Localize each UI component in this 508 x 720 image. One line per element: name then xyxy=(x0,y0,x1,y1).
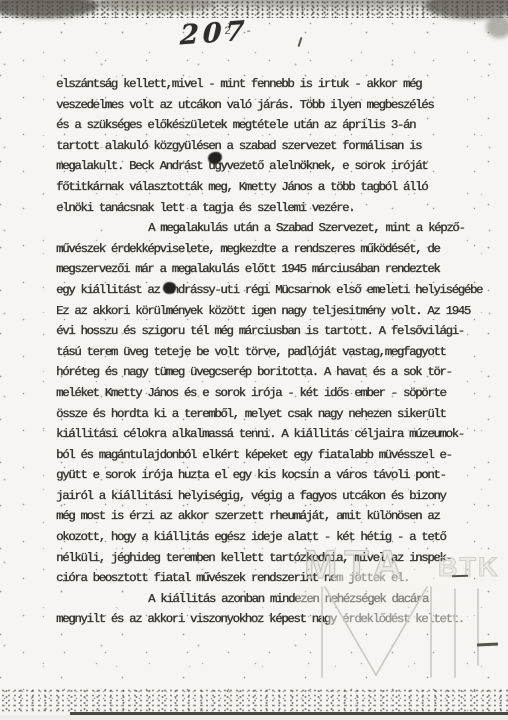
text-line: okozott, hogy a kiállitás egész ideje al… xyxy=(56,527,476,548)
text-line: hóréteg és nagy tümeg üvegcserép boritot… xyxy=(56,362,476,383)
text-line: gyütt e sorok irója huzta el egy kis koc… xyxy=(56,465,476,486)
scan-smudge xyxy=(425,0,508,19)
text-line: nélküli, jéghideg teremben kellett tartó… xyxy=(56,548,476,569)
text-line: cióra beosztott fiatal művészek rendszer… xyxy=(56,568,476,589)
text-line: elnöki tanácsnak lett a tagja és szellem… xyxy=(56,198,476,219)
scan-smudge xyxy=(215,0,445,8)
typewritten-text: elszántság kellett,mivel - mint fennebb … xyxy=(56,74,476,630)
scan-noise-top-band xyxy=(0,0,508,18)
text-line-paragraph-start: A kiállitás azonban mindezen nehézségek … xyxy=(56,589,476,610)
pen-mark xyxy=(298,37,303,47)
handwritten-page-number: 207 xyxy=(180,16,249,52)
pen-dash xyxy=(477,642,498,646)
scan-edge-margin xyxy=(0,715,508,720)
text-line: elszántság kellett,mivel - mint fennebb … xyxy=(56,74,476,95)
text-line: és a szükséges előkészületek megtétele u… xyxy=(56,115,476,136)
text-line: megszervezői már a megalakulás előtt 194… xyxy=(56,259,476,280)
text-line: veszedelmes volt az utcákon való járás. … xyxy=(56,95,476,116)
text-line: tartott alakuló közgyülésen a szabad sze… xyxy=(56,136,476,157)
text-line: megnyilt és az akkori viszonyokhoz képes… xyxy=(56,609,476,630)
text-line: főtitkárnak választották meg, Kmetty Ján… xyxy=(56,177,476,198)
scan-smudge xyxy=(0,0,98,18)
text-line: évi hosszu és szigoru tél még márciusban… xyxy=(56,321,476,342)
scan-edge-line xyxy=(70,712,508,715)
text-line: ból és magántulajdonból elkért képeket e… xyxy=(56,445,476,466)
text-line-paragraph-start: A megalakulás után a Szabad Szervezet, m… xyxy=(56,218,476,239)
text-line: meléket Kmetty János és e sorok irója - … xyxy=(56,383,476,404)
scan-smudge xyxy=(486,16,508,38)
text-line: jairól a kiállitási helyiségig, végig a … xyxy=(56,486,476,507)
text-line: még most is érzi az akkor szerzett rheum… xyxy=(56,506,476,527)
text-line: össze és hordta ki a teremből, melyet cs… xyxy=(56,404,476,425)
scan-smudge xyxy=(96,0,216,12)
text-line: megalakult. Beck Andrást ügyvezető aleln… xyxy=(56,156,476,177)
text-line: művészek érdekképviselete, megkezdte a r… xyxy=(56,239,476,260)
text-line: egy kiállitást az Andrássy-uti régi Mücs… xyxy=(56,280,476,301)
scan-noise-bottom-band xyxy=(0,688,508,712)
text-line: kiállitási célokra alkalmassá tenni. A k… xyxy=(56,424,476,445)
scanned-document-page: - 2 - 207 elszántság kellett,mivel - min… xyxy=(0,0,508,720)
text-line: tású terem üveg teteje be volt törve, pa… xyxy=(56,342,476,363)
text-line: Ez az akkori körülmények között igen nag… xyxy=(56,301,476,322)
